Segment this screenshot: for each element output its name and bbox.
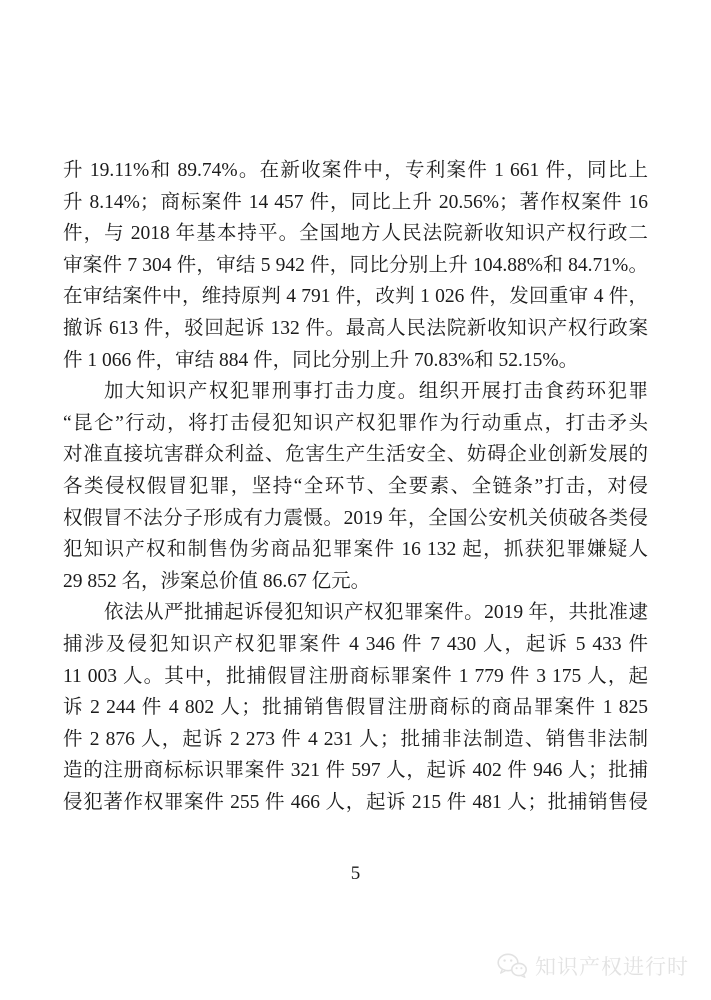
text-line: 升 19.11%和 89.74%。在新收案件中，专利案件 1 661 件，同比上	[63, 155, 648, 187]
text-line: 件 1 066 件，审结 884 件，同比分别上升 70.83%和 52.15%…	[63, 345, 648, 377]
text-line: 造的注册商标标识罪案件 321 件 597 人，起诉 402 件 946 人；批…	[63, 755, 648, 787]
text-line: “昆仑”行动，将打击侵犯知识产权犯罪作为行动重点，打击矛头	[63, 408, 648, 440]
watermark: 知识产权进行时	[496, 951, 689, 981]
text-line: 升 8.14%；商标案件 14 457 件，同比上升 20.56%；著作权案件 …	[63, 187, 648, 219]
paragraph: 升 19.11%和 89.74%。在新收案件中，专利案件 1 661 件，同比上…	[63, 155, 648, 376]
text-line: 权假冒不法分子形成有力震慑。2019 年，全国公安机关侦破各类侵	[63, 503, 648, 535]
document-page: 升 19.11%和 89.74%。在新收案件中，专利案件 1 661 件，同比上…	[0, 0, 711, 1000]
text-line: 加大知识产权犯罪刑事打击力度。组织开展打击食药环犯罪	[63, 376, 648, 408]
text-line: 捕涉及侵犯知识产权犯罪案件 4 346 件 7 430 人，起诉 5 433 件	[63, 629, 648, 661]
text-line: 11 003 人。其中，批捕假冒注册商标罪案件 1 779 件 3 175 人，…	[63, 661, 648, 693]
text-line: 诉 2 244 件 4 802 人；批捕销售假冒注册商标的商品罪案件 1 825	[63, 692, 648, 724]
text-line: 在审结案件中，维持原判 4 791 件，改判 1 026 件，发回重审 4 件，	[63, 281, 648, 313]
paragraph: 依法从严批捕起诉侵犯知识产权犯罪案件。2019 年，共批准逮捕涉及侵犯知识产权犯…	[63, 597, 648, 818]
text-line: 依法从严批捕起诉侵犯知识产权犯罪案件。2019 年，共批准逮	[63, 597, 648, 629]
text-line: 侵犯著作权罪案件 255 件 466 人，起诉 215 件 481 人；批捕销售…	[63, 787, 648, 819]
text-line: 犯知识产权和制售伪劣商品犯罪案件 16 132 起，抓获犯罪嫌疑人	[63, 534, 648, 566]
watermark-text: 知识产权进行时	[535, 951, 689, 981]
text-line: 撤诉 613 件，驳回起诉 132 件。最高人民法院新收知识产权行政案	[63, 313, 648, 345]
paragraph: 加大知识产权犯罪刑事打击力度。组织开展打击食药环犯罪“昆仑”行动，将打击侵犯知识…	[63, 376, 648, 597]
text-line: 件，与 2018 年基本持平。全国地方人民法院新收知识产权行政二	[63, 218, 648, 250]
wechat-icon	[496, 952, 528, 980]
body-text: 升 19.11%和 89.74%。在新收案件中，专利案件 1 661 件，同比上…	[63, 155, 648, 818]
text-line: 各类侵权假冒犯罪，坚持“全环节、全要素、全链条”打击，对侵	[63, 471, 648, 503]
text-line: 件 2 876 人，起诉 2 273 件 4 231 人；批捕非法制造、销售非法…	[63, 724, 648, 756]
text-line: 29 852 名，涉案总价值 86.67 亿元。	[63, 566, 648, 598]
text-line: 审案件 7 304 件，审结 5 942 件，同比分别上升 104.88%和 8…	[63, 250, 648, 282]
page-number: 5	[0, 860, 711, 888]
text-line: 对准直接坑害群众利益、危害生产生活安全、妨碍企业创新发展的	[63, 439, 648, 471]
